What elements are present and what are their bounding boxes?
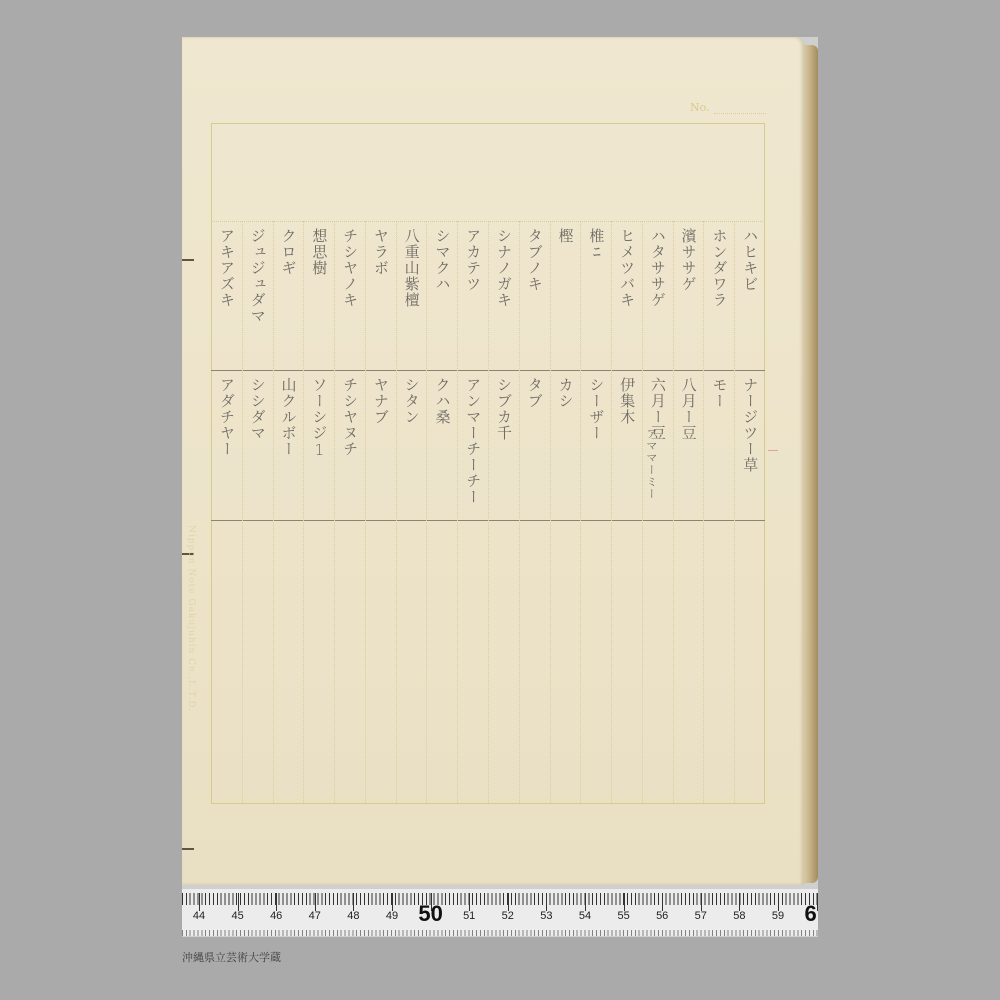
ruler-number: 52 (502, 910, 514, 922)
ruler-major-tick (469, 893, 470, 911)
handwritten-entry: シーザー (581, 377, 611, 441)
red-margin-mark (768, 450, 778, 451)
binding-mark (182, 259, 194, 261)
handwritten-entry: アダチヤー (212, 377, 242, 457)
handwritten-entry: シタン (397, 377, 427, 425)
handwritten-entry: チシヤヌチ (335, 377, 365, 457)
ruler-number: 53 (540, 910, 552, 922)
ruler-major-tick (739, 893, 740, 911)
ruler-ticks (182, 893, 818, 905)
ruler-number: 56 (656, 910, 668, 922)
handwritten-entry: カシ (551, 377, 581, 409)
handwritten-entry: 山クルボー (274, 377, 304, 457)
handwritten-entry: 伊集木 (612, 377, 642, 425)
column-rule (611, 221, 612, 803)
column-rule (365, 221, 366, 803)
column-rule (303, 221, 304, 803)
handwritten-entry: アキアズキ (212, 228, 242, 308)
handwritten-entry: クハ桑 (427, 377, 457, 425)
handwritten-entry: チシヤノキ (335, 228, 365, 308)
page-number-label: No. (690, 101, 710, 114)
ruler-number: 51 (463, 910, 475, 922)
handwritten-entry: ヤナブ (366, 377, 396, 425)
handwritten-entry: 椎ﾆ (581, 228, 611, 260)
column-rule (519, 221, 520, 803)
handwritten-entry: ヤラボ (366, 228, 396, 276)
handwritten-entry: 八重山紫檀 (397, 228, 427, 308)
handwritten-entry: ハヒキビ (735, 228, 765, 292)
ruler-major-tick (508, 893, 509, 911)
ruler-major-tick (624, 893, 625, 911)
handwritten-entry: ソーシジ1 (304, 377, 334, 460)
handwritten-entry: タブ (520, 377, 550, 409)
ruler-number: 54 (579, 910, 591, 922)
handwritten-entry: ホンダワラ (704, 228, 734, 308)
handwritten-entry: 樫 (551, 228, 581, 244)
ruler-major-tick (701, 893, 702, 911)
ruler-number: 57 (695, 910, 707, 922)
measuring-ruler: 444546474849505152535455565758596 (182, 889, 818, 936)
handwritten-entry: 濱ササゲ (674, 228, 704, 292)
ruler-number: 55 (617, 910, 629, 922)
handwritten-entry: シシダマ (243, 377, 273, 441)
handwritten-entry: シナノガキ (489, 228, 519, 308)
ruler-major-tick (778, 893, 779, 911)
ruler-number: 50 (418, 901, 442, 927)
ruler-number: 48 (347, 910, 359, 922)
ruler-major-tick (585, 893, 586, 911)
ruler-major-tick (817, 893, 818, 911)
binding-mark (182, 848, 194, 850)
ruler-ticks-bottom (182, 930, 818, 936)
ruler-major-tick (276, 893, 277, 911)
column-rule (334, 221, 335, 803)
column-rule (426, 221, 427, 803)
column-rule (673, 221, 674, 803)
handwritten-entry: 八月ー豆 (674, 377, 704, 441)
ruler-number: 6 (804, 901, 816, 927)
ruler-number: 49 (386, 910, 398, 922)
handwritten-entry: シマクハ (427, 228, 457, 292)
handwritten-entry: クロギ (274, 228, 304, 276)
collection-caption: 沖縄県立芸術大学蔵 (182, 949, 281, 965)
column-rule (734, 221, 735, 803)
handwritten-annotation: アママーミー (644, 428, 658, 500)
ruler-number: 58 (733, 910, 745, 922)
ruler-number: 59 (772, 910, 784, 922)
column-rule (580, 221, 581, 803)
column-rule (550, 221, 551, 803)
ruler-major-tick (315, 893, 316, 911)
publisher-imprint: Nippon Note Gakujuhin Co.,L.T.D. (186, 525, 196, 712)
ruler-major-tick (546, 893, 547, 911)
ruler-number: 46 (270, 910, 282, 922)
handwritten-entry: シブカ千 (489, 377, 519, 441)
ruler-number: 47 (309, 910, 321, 922)
ruler-major-tick (353, 893, 354, 911)
handwritten-entry: ナージツー草 (735, 377, 765, 473)
ruler-number: 45 (231, 910, 243, 922)
column-rule (457, 221, 458, 803)
handwritten-entry: アンマーチーチー (458, 377, 488, 505)
ruler-number: 44 (193, 910, 205, 922)
column-rule (703, 221, 704, 803)
handwritten-entry: 想思樹 (304, 228, 334, 276)
handwritten-entry: タブノキ (520, 228, 550, 292)
handwritten-entry: モー (704, 377, 734, 409)
page-number-dotted-line (714, 113, 766, 114)
handwritten-entry: ジュジュダマ (243, 228, 273, 324)
column-rule (396, 221, 397, 803)
page-stack-edge (804, 45, 818, 883)
ruler-major-tick (662, 893, 663, 911)
handwritten-entry: アカテツ (458, 228, 488, 292)
handwritten-entry: ハタササゲ (643, 228, 673, 308)
handwritten-entry: ヒメツバキ (612, 228, 642, 308)
ruler-major-tick (392, 893, 393, 911)
ruler-major-tick (199, 893, 200, 911)
column-rule (642, 221, 643, 803)
column-rule (488, 221, 489, 803)
ruler-major-tick (238, 893, 239, 911)
